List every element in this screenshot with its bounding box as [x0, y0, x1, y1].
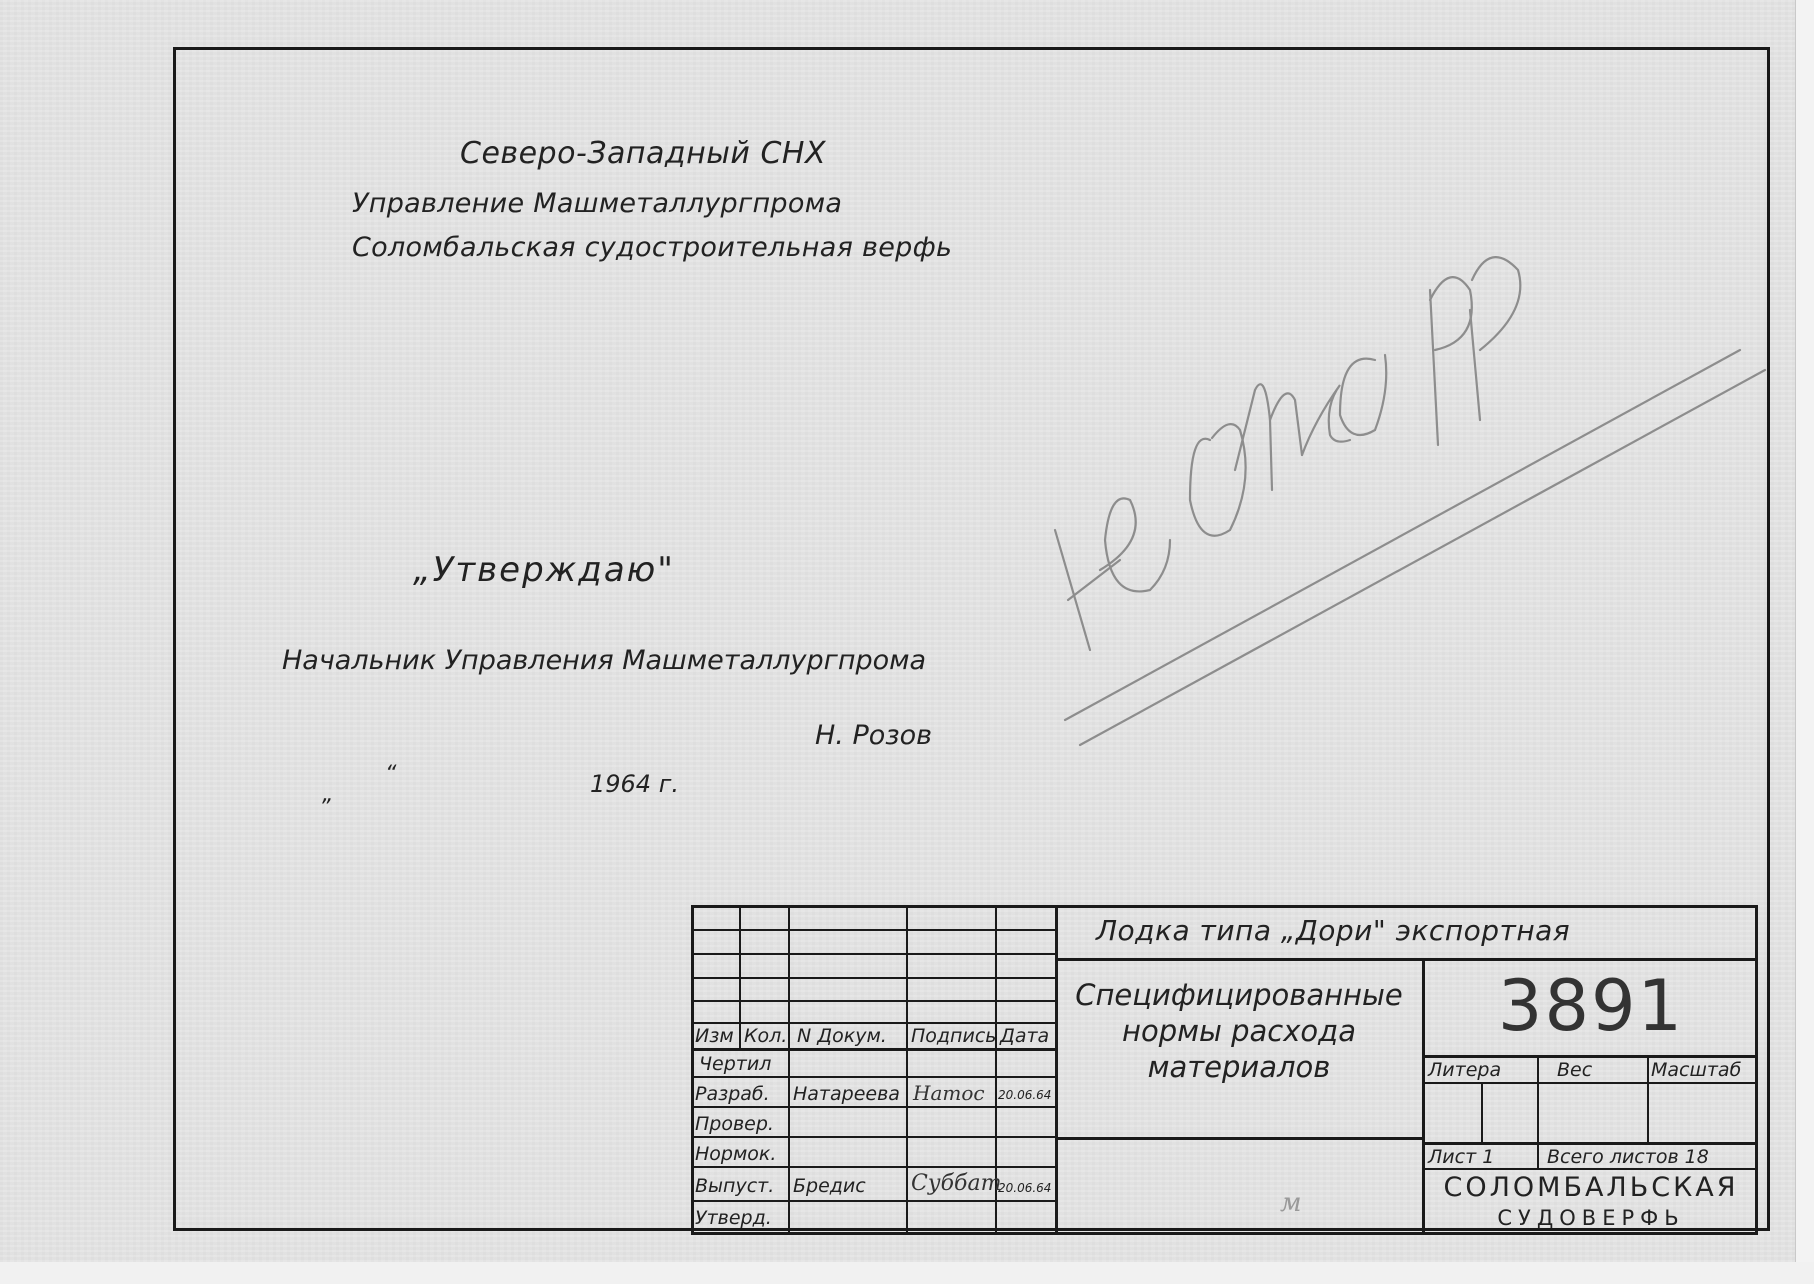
document-title: Специфицированные нормы расхода материал…	[1061, 977, 1417, 1085]
product-name: Лодка типа „Дори" экспортная	[1096, 914, 1570, 947]
developer-date: 20.06.64	[998, 1088, 1051, 1102]
col-header-signature: Подпись	[911, 1025, 996, 1047]
role-drew: Чертил	[699, 1053, 771, 1075]
developer-name: Натареева	[793, 1083, 900, 1105]
approval-name: Н. Розов	[815, 720, 932, 751]
factory-name-line-1: Соломбальская	[1426, 1173, 1756, 1203]
col-header-kol: Кол.	[744, 1025, 787, 1047]
litera-label: Литера	[1428, 1059, 1501, 1081]
document-title-line-2: нормы расхода	[1061, 1013, 1417, 1049]
document-title-line-3: материалов	[1061, 1049, 1417, 1085]
col-header-doc: N Докум.	[797, 1025, 887, 1047]
role-developed: Разраб.	[695, 1083, 770, 1105]
document-title-line-1: Специфицированные	[1061, 977, 1417, 1013]
role-norm-control: Нормок.	[695, 1143, 776, 1165]
sheet-number: Лист 1	[1428, 1146, 1494, 1168]
approval-position: Начальник Управления Машметаллургпрома	[282, 645, 926, 676]
col-header-izm: Изм	[695, 1025, 734, 1047]
releaser-name: Бредис	[793, 1175, 866, 1197]
org-header-line-2: Управление Машметаллургпрома	[352, 188, 842, 219]
role-released: Выпуст.	[695, 1175, 774, 1197]
factory-name-line-2: судоверфь	[1426, 1203, 1756, 1233]
org-header-line-3: Соломбальская судостроительная верфь	[352, 232, 952, 263]
factory-name: Соломбальская судоверфь	[1426, 1173, 1756, 1233]
paper-edge	[1795, 0, 1814, 1262]
weight-label: Вес	[1557, 1059, 1592, 1081]
org-header-line-1: Северо-Западный СНХ	[460, 136, 826, 171]
approval-title: „Утверждаю"	[413, 550, 675, 590]
approval-date-close-quote: “	[385, 762, 396, 787]
developer-signature: Натос	[913, 1081, 985, 1105]
role-checked: Провер.	[695, 1113, 774, 1135]
title-block: Изм Кол. N Докум. Подпись Дата Чертил Ра…	[691, 905, 1758, 1235]
role-approved: Утверд.	[695, 1207, 772, 1229]
releaser-signature: Суббат	[911, 1171, 1001, 1196]
document-number: 3891	[1426, 965, 1756, 1047]
approval-date-open-quote: „	[322, 782, 333, 807]
scale-label: Масштаб	[1651, 1059, 1741, 1081]
col-header-date: Дата	[1000, 1025, 1049, 1047]
releaser-date: 20.06.64	[998, 1181, 1051, 1195]
total-sheets: Всего листов 18	[1547, 1146, 1709, 1168]
approval-year: 1964 г.	[590, 770, 679, 798]
